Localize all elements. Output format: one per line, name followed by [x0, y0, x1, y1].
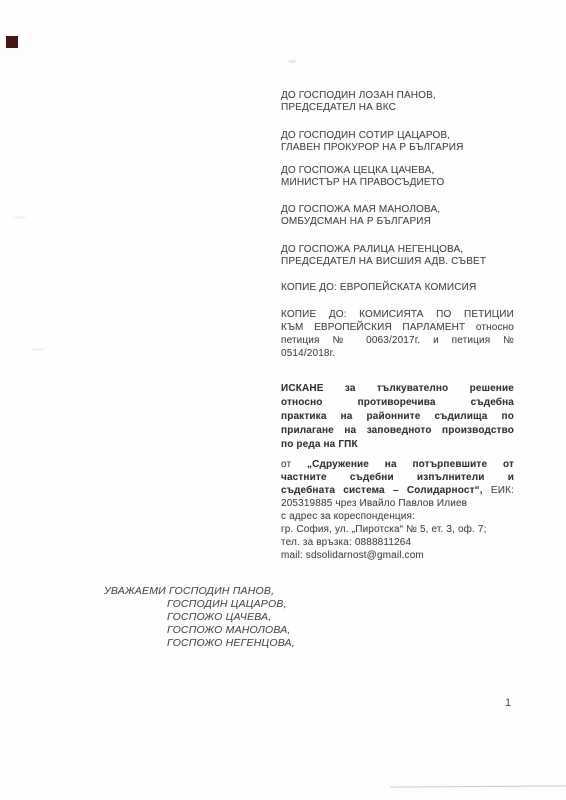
- text-line: тел. за връзка: 0888811264: [281, 536, 514, 549]
- text-line: ОМБУДСМАН НА Р БЪЛГАРИЯ: [281, 216, 514, 228]
- scan-smudge: [30, 348, 46, 351]
- text-line: частните съдебни изпълнители и: [281, 471, 514, 484]
- text-segment: „Сдружение на потърпевшите от: [307, 459, 514, 470]
- text-line: от „Сдружение на потърпевшите от: [281, 458, 514, 471]
- text-line: 205319885 чрез Ивайло Павлов Илиев: [281, 497, 514, 510]
- text-line: петиция № 0063/2017г. и петиция №: [281, 334, 514, 347]
- text-segment: съдебната система – Солидарност“,: [281, 485, 483, 496]
- text-line: 0514/2018г.: [281, 347, 514, 360]
- text-line: ГОСПОЖО НЕГЕНЦОВА,: [104, 637, 295, 650]
- text-line: по реда на ГПК: [281, 438, 514, 452]
- text-segment: от: [281, 459, 307, 470]
- request-paragraph: ИСКАНЕ за тълкувателно решение относно п…: [281, 382, 514, 452]
- scan-mark: [6, 36, 18, 48]
- text-segment: ЕИК:: [483, 485, 514, 496]
- text-line: ДО ГОСПОЖА РАЛИЦА НЕГЕНЦОВА,: [281, 244, 514, 256]
- email-text: mail: sdsolidarnost@gmail.com: [281, 549, 514, 562]
- text-line: УВАЖАЕМИ ГОСПОДИН ПАНОВ,: [104, 585, 295, 598]
- text-line: ГОСПОЖО МАНОЛОВА,: [104, 624, 295, 637]
- recipient-block-tsatsarov: ДО ГОСПОДИН СОТИР ЦАЦАРОВ, ГЛАВЕН ПРОКУР…: [281, 130, 514, 154]
- scan-artifact-line: [390, 785, 566, 787]
- copy-block-petitions: КОПИЕ ДО: КОМИСИЯТА ПО ПЕТИЦИИ КЪМ ЕВРОП…: [281, 308, 514, 360]
- text-line: КЪМ ЕВРОПЕЙСКИЯ ПАРЛАМЕНТ относно: [281, 321, 514, 334]
- text-line: ГОСПОДИН ЦАЦАРОВ,: [104, 598, 295, 611]
- text-line: съдебната система – Солидарност“, ЕИК:: [281, 484, 514, 497]
- text-line: ДО ГОСПОДИН ЛОЗАН ПАНОВ,: [281, 90, 514, 102]
- recipient-block-negentsova: ДО ГОСПОЖА РАЛИЦА НЕГЕНЦОВА, ПРЕДСЕДАТЕЛ…: [281, 244, 514, 268]
- text-line: практика на районните съдилища по: [281, 410, 514, 424]
- document-page: ДО ГОСПОДИН ЛОЗАН ПАНОВ, ПРЕДСЕДАТЕЛ НА …: [0, 0, 566, 800]
- text-line: ПРЕДСЕДАТЕЛ НА ВИСШИЯ АДВ. СЪВЕТ: [281, 256, 514, 268]
- text-line: прилагане на заповедното производство: [281, 424, 514, 438]
- recipient-block-panov: ДО ГОСПОДИН ЛОЗАН ПАНОВ, ПРЕДСЕДАТЕЛ НА …: [281, 90, 514, 114]
- page-number: 1: [505, 697, 511, 709]
- text-line: ИСКАНЕ за тълкувателно решение: [281, 382, 514, 396]
- recipient-block-tsacheva: ДО ГОСПОЖА ЦЕЦКА ЦАЧЕВА, МИНИСТЪР НА ПРА…: [281, 165, 514, 189]
- text-line: КОПИЕ ДО: ЕВРОПЕЙСКАТА КОМИСИЯ: [281, 282, 514, 294]
- text-line: ГЛАВЕН ПРОКУРОР НА Р БЪЛГАРИЯ: [281, 142, 514, 154]
- text-line: гр. София, ул. „Пиротска“ № 5, ет. 3, оф…: [281, 523, 514, 536]
- text-line: ДО ГОСПОЖА МАЯ МАНОЛОВА,: [281, 204, 514, 216]
- scan-smudge: [288, 60, 297, 63]
- text-line: с адрес за кореспонденция:: [281, 510, 514, 523]
- text-line: МИНИСТЪР НА ПРАВОСЪДИЕТО: [281, 177, 514, 189]
- text-line: ГОСПОЖО ЦАЧЕВА,: [104, 611, 295, 624]
- scan-smudge: [12, 216, 26, 219]
- text-line: ДО ГОСПОДИН СОТИР ЦАЦАРОВ,: [281, 130, 514, 142]
- text-line: ДО ГОСПОЖА ЦЕЦКА ЦАЧЕВА,: [281, 165, 514, 177]
- recipient-block-manolova: ДО ГОСПОЖА МАЯ МАНОЛОВА, ОМБУДСМАН НА Р …: [281, 204, 514, 228]
- text-line: ПРЕДСЕДАТЕЛ НА ВКС: [281, 102, 514, 114]
- sender-block: от „Сдружение на потърпевшите от частнит…: [281, 458, 514, 562]
- salutation-block: УВАЖАЕМИ ГОСПОДИН ПАНОВ, ГОСПОДИН ЦАЦАРО…: [104, 585, 295, 650]
- text-line: КОПИЕ ДО: КОМИСИЯТА ПО ПЕТИЦИИ: [281, 308, 514, 321]
- text-line: относно противоречива съдебна: [281, 396, 514, 410]
- copy-block-commission: КОПИЕ ДО: ЕВРОПЕЙСКАТА КОМИСИЯ: [281, 282, 514, 294]
